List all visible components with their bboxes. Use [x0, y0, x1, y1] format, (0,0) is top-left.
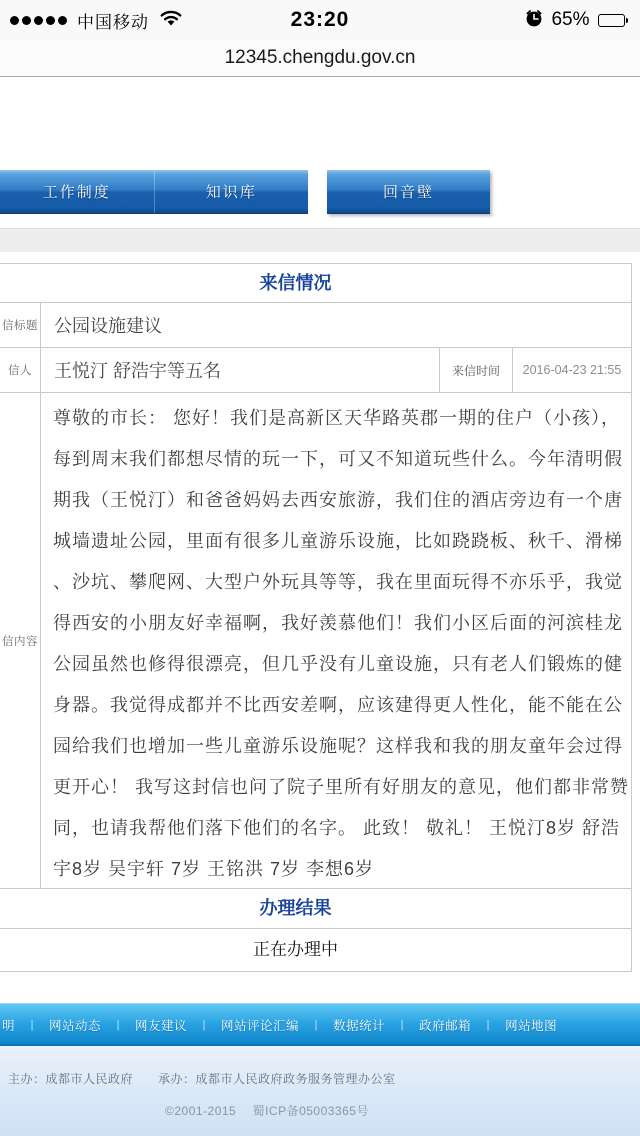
letter-content-line: 得西安的小朋友好幸福啊，我好羡慕他们！我们小区后面的河滨桂龙 — [53, 603, 631, 644]
footer-nav-label: 网站动态 — [49, 1016, 101, 1034]
result-section-title: 办理结果 — [0, 889, 631, 929]
alarm-clock-icon — [525, 9, 543, 32]
footer-nav-item[interactable]: | 政府邮箱 — [385, 1016, 471, 1034]
letter-content-line: 园给我们也增加一些儿童游乐设施呢？这样我和我的朋友童年会过得 — [53, 726, 631, 767]
status-bar-right: 65% — [525, 0, 628, 40]
page-divider-band — [0, 228, 640, 252]
letter-sender-row: 信人 王悦汀 舒浩宇等五名 来信时间 2016-04-23 21:55 — [0, 348, 631, 393]
footer-nav-separator: | — [15, 1019, 49, 1031]
letter-content-line: 期我（王悦汀）和爸爸妈妈去西安旅游，我们住的酒店旁边有一个唐 — [53, 480, 631, 521]
battery-percent-label: 65% — [551, 9, 589, 31]
letter-content-text: 尊敬的市长： 您好！我们是高新区天华路英郡一期的住户（小孩）， 每到周末我们都想… — [41, 393, 631, 888]
tab-echo-wall[interactable]: 回音壁 — [327, 170, 490, 214]
letter-content-line: 城墙遗址公园，里面有很多儿童游乐设施，比如跷跷板、秋千、滑梯 — [53, 521, 631, 562]
footer-nav-item[interactable]: | 网站评论汇编 — [187, 1016, 299, 1034]
letter-content-line: 、沙坑、攀爬网、大型户外玩具等等，我在里面玩得不亦乐乎，我觉 — [53, 562, 631, 603]
footer-nav-separator: | — [187, 1019, 221, 1031]
letter-title-value: 公园设施建议 — [41, 303, 631, 347]
letter-content-line: 更开心！ 我写这封信也问了院子里所有好朋友的意见，他们都非常赞 — [53, 767, 631, 808]
footer-nav-separator: | — [101, 1019, 135, 1031]
mobile-screen: 中国移动 23:20 65% — [0, 0, 640, 1136]
letter-title-row: 信标题 公园设施建议 — [0, 303, 631, 348]
tab-work-system[interactable]: 工作制度 — [0, 170, 155, 213]
footer-nav-list: 明 | 网站动态 | 网友建议 | 网站评论汇编 | — [2, 1016, 557, 1034]
status-bar: 中国移动 23:20 65% — [0, 0, 640, 40]
url-text: 12345.chengdu.gov.cn — [225, 47, 416, 68]
letter-section-title: 来信情况 — [0, 264, 631, 303]
footer-nav-separator: | — [299, 1019, 333, 1031]
letter-content-line: 每到周末我们都想尽情的玩一下，可又不知道玩些什么。今年清明假 — [53, 439, 631, 480]
site-nav-tabs: 工作制度 知识库 回音壁 — [0, 170, 640, 214]
letter-content-label: 信内容 — [0, 393, 41, 888]
tab-knowledge-base[interactable]: 知识库 — [155, 170, 309, 213]
nav-tab-group: 工作制度 知识库 — [0, 170, 308, 214]
footer-nav-item[interactable]: | 网友建议 — [101, 1016, 187, 1034]
footer-info: 主办：成都市人民政府 承办：成都市人民政府政务服务管理办公室 ©2001-201… — [0, 1046, 640, 1136]
letter-content-line: 同，也请我帮他们落下他们的名字。 此致！ 敬礼！ 王悦汀8岁 舒浩 — [53, 808, 631, 849]
letter-title-label: 信标题 — [0, 303, 41, 347]
footer-nav-item[interactable]: 明 — [2, 1016, 15, 1034]
battery-icon — [598, 14, 629, 27]
letter-time-value: 2016-04-23 21:55 — [513, 348, 631, 392]
footer-nav-label: 网友建议 — [135, 1016, 187, 1034]
letter-sender-label: 信人 — [0, 348, 41, 392]
letter-content-row: 信内容 尊敬的市长： 您好！我们是高新区天华路英郡一期的住户（小孩）， 每到周末… — [0, 393, 631, 889]
copyright-line: ©2001-2015 蜀ICP备05003365号 — [165, 1102, 369, 1119]
footer-nav-label: 网站地图 — [505, 1016, 557, 1034]
letter-content-line: 尊敬的市长： 您好！我们是高新区天华路英郡一期的住户（小孩）， — [53, 398, 631, 439]
footer-nav-bar: 明 | 网站动态 | 网友建议 | 网站评论汇编 | — [0, 1003, 640, 1046]
footer-nav-separator: | — [471, 1019, 505, 1031]
letter-detail-table: 来信情况 信标题 公园设施建议 信人 王悦汀 舒浩宇等五名 来信时间 2016-… — [0, 263, 632, 972]
footer-nav-label: 数据统计 — [333, 1016, 385, 1034]
organizer-line: 主办：成都市人民政府 承办：成都市人民政府政务服务管理办公室 — [8, 1070, 396, 1087]
footer-nav-item[interactable]: | 数据统计 — [299, 1016, 385, 1034]
footer-nav-label: 明 — [2, 1016, 15, 1034]
letter-time-label: 来信时间 — [440, 348, 513, 392]
footer-nav-item[interactable]: | 网站地图 — [471, 1016, 557, 1034]
letter-content-line: 身器。我觉得成都并不比西安差啊，应该建得更人性化，能不能在公 — [53, 685, 631, 726]
letter-sender-value: 王悦汀 舒浩宇等五名 — [41, 348, 440, 392]
letter-content-line: 公园虽然也修得很漂亮，但几乎没有儿童设施，只有老人们锻炼的健 — [53, 644, 631, 685]
result-status-value: 正在办理中 — [0, 929, 631, 971]
footer-nav-item[interactable]: | 网站动态 — [15, 1016, 101, 1034]
footer-nav-label: 网站评论汇编 — [221, 1016, 299, 1034]
footer-nav-separator: | — [385, 1019, 419, 1031]
footer-nav-label: 政府邮箱 — [419, 1016, 471, 1034]
browser-address-bar[interactable]: 12345.chengdu.gov.cn — [0, 40, 640, 77]
letter-content-line: 宇8岁 吴宇轩 7岁 王铭洪 7岁 李想6岁 — [53, 849, 631, 888]
